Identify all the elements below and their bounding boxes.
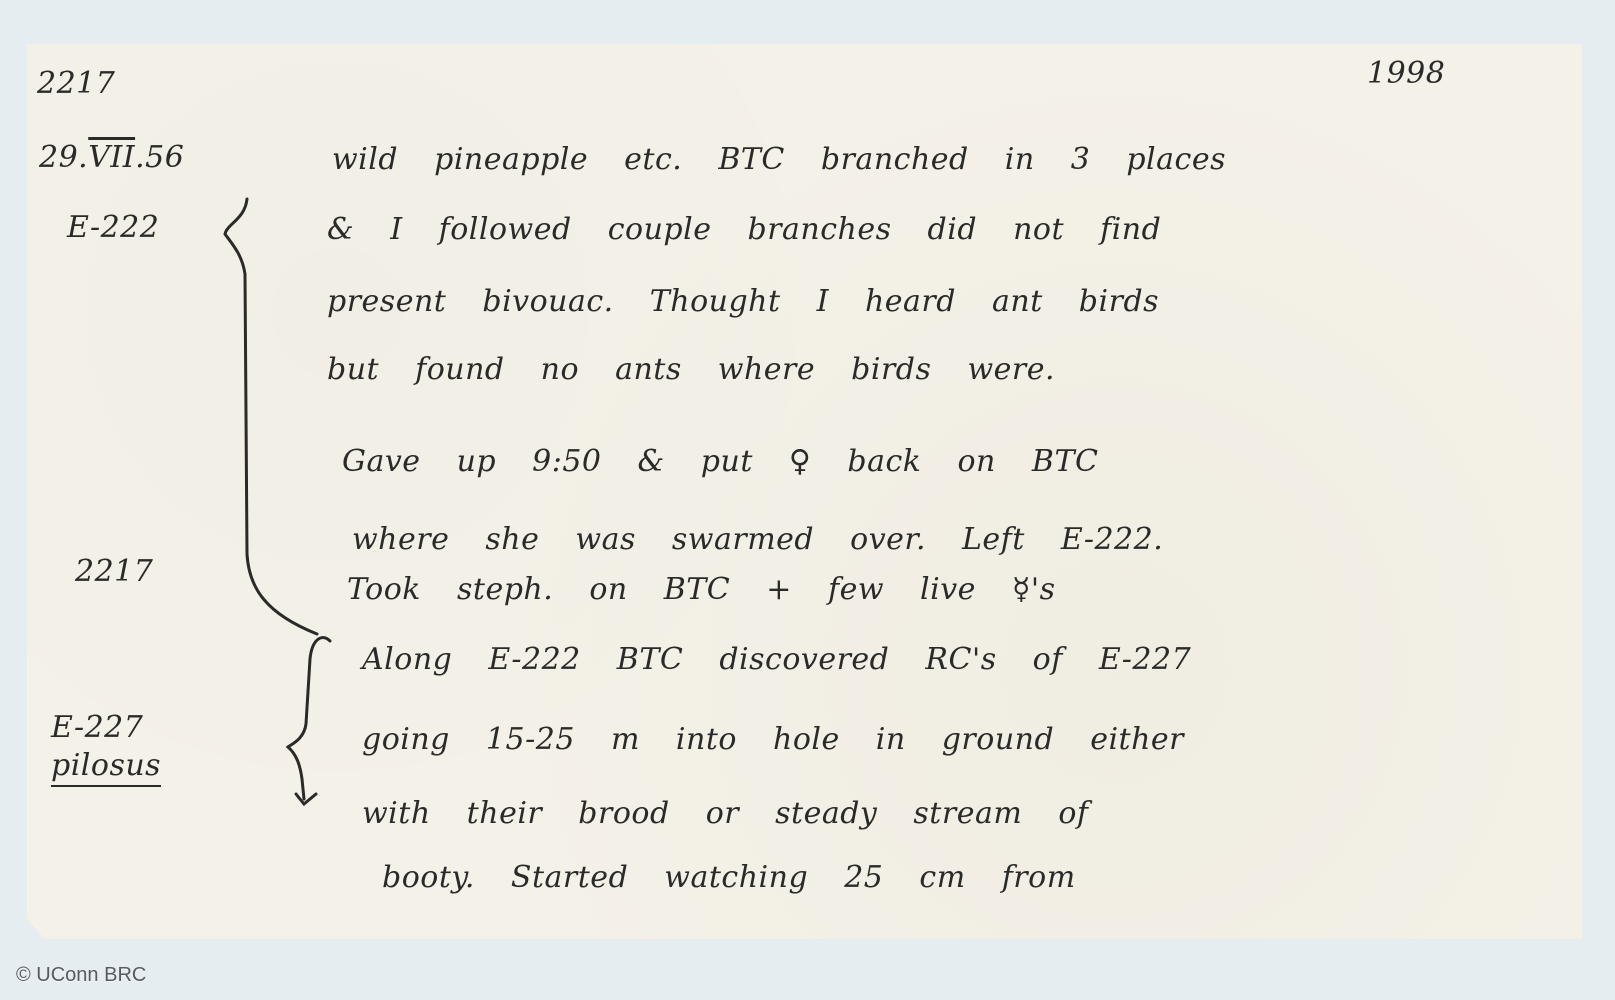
note-line-2: & I followed couple branches did not fin…	[327, 212, 1161, 247]
note-line-10: with their brood or steady stream of	[362, 796, 1089, 831]
field-notes-card: 2217 1998 29.VII.56 E-222 2217 E-227 pil…	[27, 44, 1582, 939]
curly-brace-icon	[282, 629, 362, 809]
copyright-credit: © UConn BRC	[16, 964, 146, 987]
note-line-3: present bivouac. Thought I heard ant bir…	[327, 284, 1159, 319]
note-line-7: Took steph. on BTC + few live ☿'s	[347, 572, 1056, 607]
card-year-top-right: 1998	[1367, 56, 1445, 91]
note-line-1: wild pineapple etc. BTC branched in 3 pl…	[332, 142, 1226, 177]
card-number-top-left: 2217	[37, 66, 115, 101]
colony-label-e222: E-222	[67, 210, 159, 245]
note-line-11: booty. Started watching 25 cm from	[382, 860, 1076, 895]
specimen-number-label: 2217	[75, 554, 153, 589]
bracket-icon	[207, 194, 327, 644]
note-line-6: where she was swarmed over. Left E-222.	[352, 522, 1163, 557]
species-label: pilosus	[51, 748, 161, 787]
note-line-9: going 15-25 m into hole in ground either	[362, 722, 1184, 757]
date-month: VII	[88, 140, 135, 175]
note-line-5: Gave up 9:50 & put ♀ back on BTC	[342, 444, 1098, 479]
note-line-4: but found no ants where birds were.	[327, 352, 1055, 387]
document-viewer: 2217 1998 29.VII.56 E-222 2217 E-227 pil…	[0, 0, 1615, 1000]
date-year: .56	[135, 140, 184, 175]
colony-label-e227: E-227	[51, 710, 143, 745]
date-day: 29.	[39, 140, 88, 175]
note-line-8: Along E-222 BTC discovered RC's of E-227	[362, 642, 1191, 677]
date: 29.VII.56	[39, 140, 184, 175]
